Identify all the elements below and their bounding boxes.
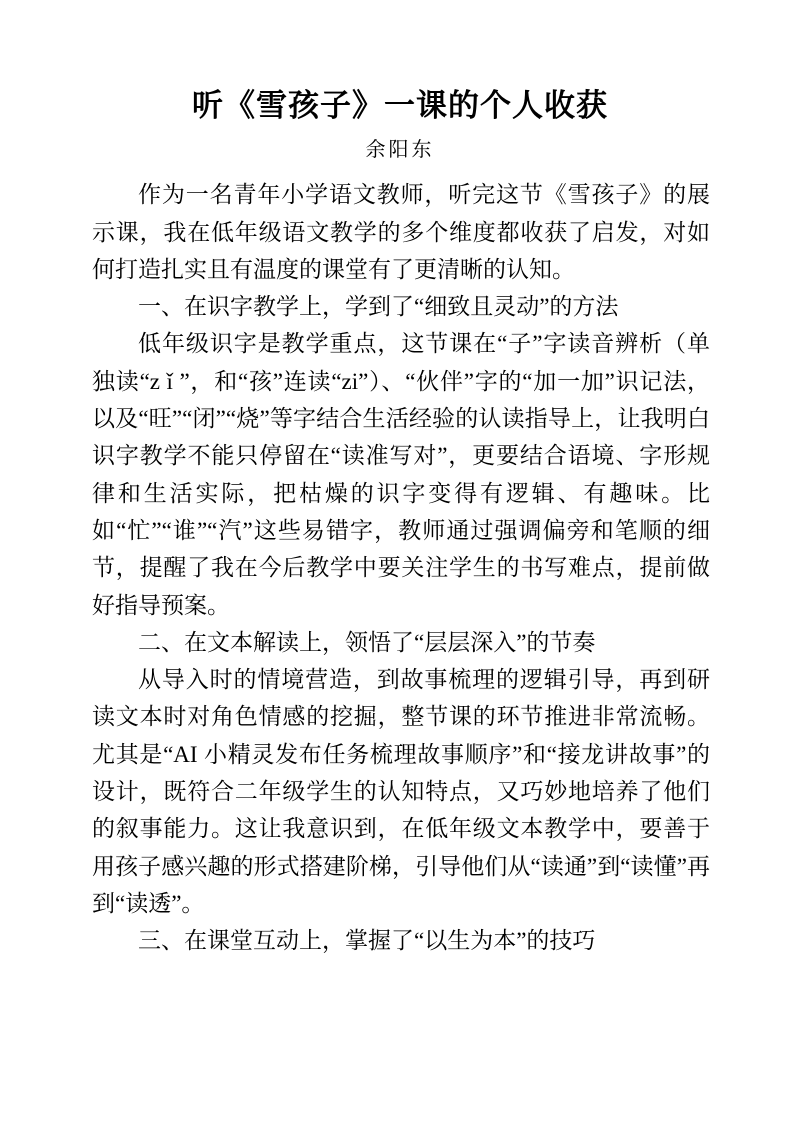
- document-author: 余阳东: [0, 138, 800, 162]
- section-heading-2: 二、在文本解读上，领悟了“层层深入”的节奏: [92, 624, 710, 661]
- document-page: 听《雪孩子》一课的个人收获 余阳东 作为一名青年小学语文教师，听完这节《雪孩子》…: [0, 0, 800, 1131]
- paragraph-section-1: 低年级识字是教学重点，这节课在“子”字读音辨析（单独读“z ǐ ”，和“孩”连读…: [92, 325, 710, 623]
- section-heading-1: 一、在识字教学上，学到了“细致且灵动”的方法: [92, 288, 710, 325]
- document-body: 作为一名青年小学语文教师，听完这节《雪孩子》的展示课，我在低年级语文教学的多个维…: [92, 176, 710, 959]
- paragraph-intro: 作为一名青年小学语文教师，听完这节《雪孩子》的展示课，我在低年级语文教学的多个维…: [92, 176, 710, 288]
- section-heading-3: 三、在课堂互动上，掌握了“以生为本”的技巧: [92, 922, 710, 959]
- paragraph-section-2: 从导入时的情境营造，到故事梳理的逻辑引导，再到研读文本时对角色情感的挖掘，整节课…: [92, 661, 710, 922]
- document-title: 听《雪孩子》一课的个人收获: [0, 86, 800, 126]
